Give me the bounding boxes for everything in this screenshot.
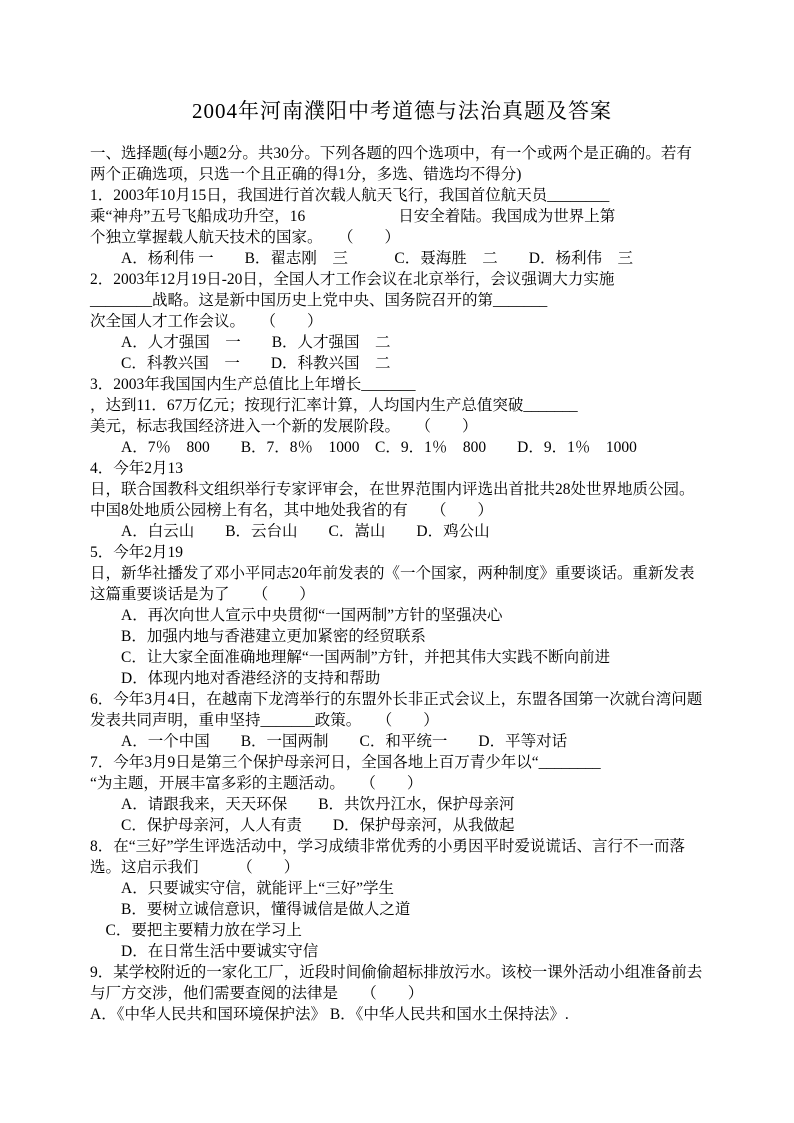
question-2-line-4: A．人才强国 一 B．人才强国 二 [90, 332, 714, 353]
question-8-line-2: 选。这启示我们 （ ） [90, 857, 714, 878]
section-header-line-1: 一、选择题(每小题2分。共30分。下列各题的四个选项中，有一个或两个是正确的。若… [90, 143, 714, 164]
exam-document-page: 2004年河南濮阳中考道德与法治真题及答案 一、选择题(每小题2分。共30分。下… [0, 0, 794, 1123]
question-5-line-3: 这篇重要谈话是为了 （ ） [90, 584, 714, 605]
document-title: 2004年河南濮阳中考道德与法治真题及答案 [90, 97, 714, 125]
question-8-line-6: D．在日常生活中要诚实守信 [90, 941, 714, 962]
question-2-line-5: C．科教兴国 一 D．科教兴国 二 [90, 353, 714, 374]
question-3-line-2: ，达到11．67万亿元；按现行汇率计算，人均国内生产总值突破_______ [90, 395, 714, 416]
question-8-line-3: A．只要诚实守信，就能评上“三好”学生 [90, 878, 714, 899]
question-7-line-4: C．保护母亲河，人人有责 D．保护母亲河，从我做起 [90, 815, 714, 836]
question-4-line-3: 中国8处地质公园榜上有名，其中地处我省的有 （ ） [90, 500, 714, 521]
question-3-line-3: 美元，标志我国经济进入一个新的发展阶段。 （ ） [90, 416, 714, 437]
question-5-line-5: B．加强内地与香港建立更加紧密的经贸联系 [90, 626, 714, 647]
question-1-line-1: 1．2003年10月15日，我国进行首次载人航天飞行，我国首位航天员______… [90, 185, 714, 206]
question-9-line-1: 9．某学校附近的一家化工厂，近段时间偷偷超标排放污水。该校一课外活动小组准备前去 [90, 962, 714, 983]
question-1-line-3: 个独立掌握载人航天技术的国家。 （ ） [90, 227, 714, 248]
question-5-line-7: D．体现内地对香港经济的支持和帮助 [90, 668, 714, 689]
document-content: 2004年河南濮阳中考道德与法治真题及答案 一、选择题(每小题2分。共30分。下… [90, 97, 714, 1025]
question-2-line-1: 2．2003年12月19日-20日，全国人才工作会议在北京举行，会议强调大力实施 [90, 269, 714, 290]
section-header-line-2: 两个正确选项，只选一个且正确的得1分，多选、错选均不得分) [90, 164, 714, 185]
question-5-line-1: 5．今年2月19 [90, 542, 714, 563]
question-4-line-4: A．白云山 B．云台山 C．嵩山 D．鸡公山 [90, 521, 714, 542]
document-body: 一、选择题(每小题2分。共30分。下列各题的四个选项中，有一个或两个是正确的。若… [90, 143, 714, 1025]
question-2-line-2: ________战略。这是新中国历史上党中央、国务院召开的第_______ [90, 290, 714, 311]
question-8-line-1: 8．在“三好”学生评选活动中，学习成绩非常优秀的小勇因平时爱说谎话、言行不一而落 [90, 836, 714, 857]
question-4-line-1: 4．今年2月13 [90, 458, 714, 479]
question-2-line-3: 次全国人才工作会议。 （ ） [90, 311, 714, 332]
question-7-line-3: A．请跟我来，天天环保 B．共饮丹江水，保护母亲河 [90, 794, 714, 815]
question-5-line-2: 日，新华社播发了邓小平同志20年前发表的《一个国家，两种制度》重要谈话。重新发表 [90, 563, 714, 584]
question-3-line-1: 3．2003年我国国内生产总值比上年增长_______ [90, 374, 714, 395]
question-8-line-4: B．要树立诚信意识，懂得诚信是做人之道 [90, 899, 714, 920]
question-9-line-3: A．《中华人民共和国环境保护法》 B．《中华人民共和国水土保持法》. [90, 1004, 714, 1025]
question-6-line-1: 6．今年3月4日，在越南下龙湾举行的东盟外长非正式会议上，东盟各国第一次就台湾问… [90, 689, 714, 710]
question-6-line-2: 发表共同声明，重申坚持_______政策。 （ ） [90, 710, 714, 731]
question-1-line-4: A．杨利伟 一 B．翟志刚 三 C．聂海胜 二 D．杨利伟 三 [90, 248, 714, 269]
question-4-line-2: 日，联合国教科文组织举行专家评审会，在世界范围内评选出首批共28处世界地质公园。 [90, 479, 714, 500]
question-1-line-2: 乘“神舟”五号飞船成功升空，16 日安全着陆。我国成为世界上第 [90, 206, 714, 227]
question-9-line-2: 与厂方交涉，他们需要查阅的法律是 （ ） [90, 983, 714, 1004]
question-5-line-4: A．再次向世人宣示中央贯彻“一国两制”方针的坚强决心 [90, 605, 714, 626]
question-6-line-3: A．一个中国 B．一国两制 C．和平统一 D．平等对话 [90, 731, 714, 752]
question-8-line-5: C．要把主要精力放在学习上 [90, 920, 714, 941]
question-5-line-6: C．让大家全面准确地理解“一国两制”方针，并把其伟大实践不断向前进 [90, 647, 714, 668]
question-7-line-1: 7．今年3月9日是第三个保护母亲河日，全国各地上百万青少年以“________ [90, 752, 714, 773]
question-3-line-4: A．7％ 800 B．7．8％ 1000 C．9．1％ 800 D．9．1％ 1… [90, 437, 714, 458]
question-7-line-2: “为主题，开展丰富多彩的主题活动。 （ ） [90, 773, 714, 794]
